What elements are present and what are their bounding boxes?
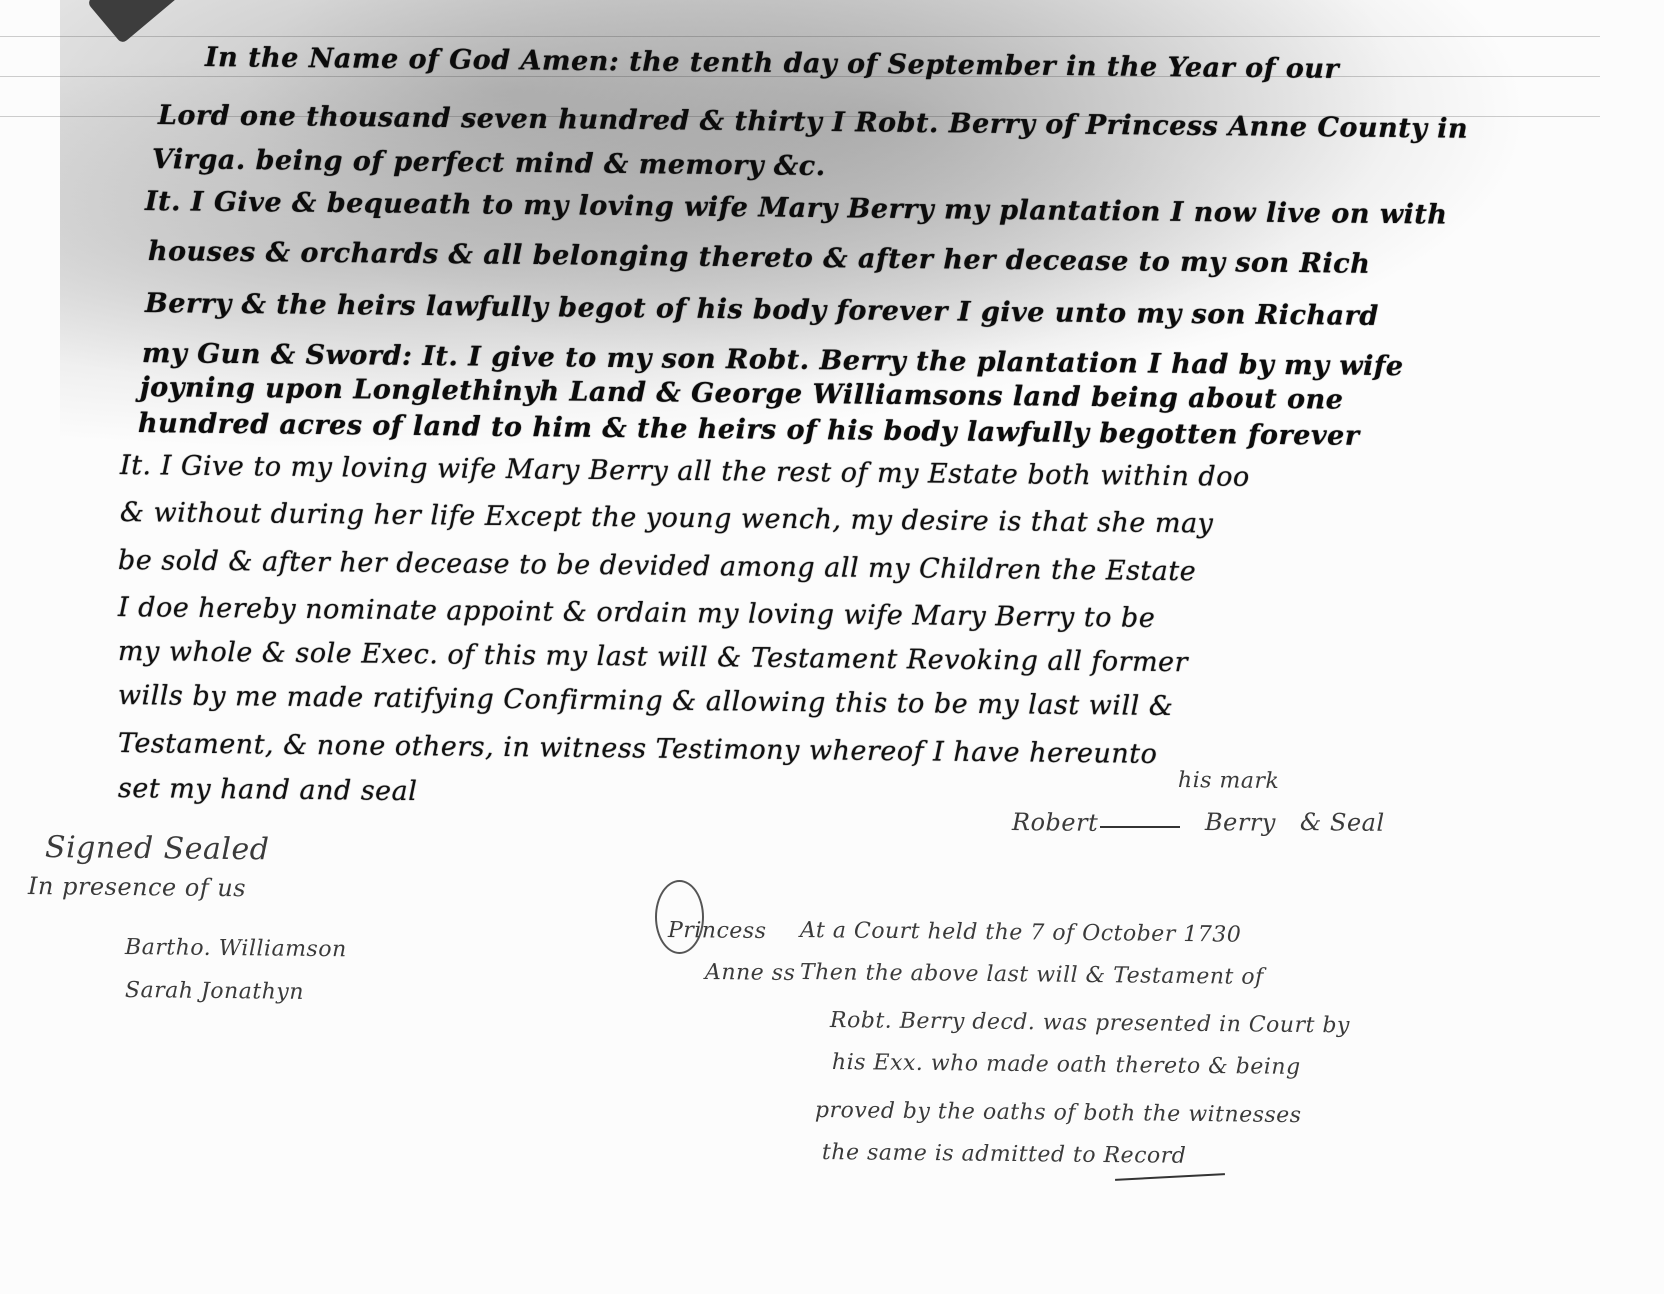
probate-line-5: proved by the oaths of both the witnesse… <box>815 1098 1302 1128</box>
body-line-11: & without during her life Except the you… <box>120 497 1214 539</box>
body-line-10: It. I Give to my loving wife Mary Berry … <box>120 450 1250 493</box>
probate-line-2: Then the above last will & Testament of <box>800 960 1264 990</box>
body-line-15: wills by me made ratifying Confirming & … <box>118 680 1174 722</box>
signed-sealed-heading: Signed Sealed <box>45 830 270 867</box>
witness-2: Sarah Jonathyn <box>125 978 304 1005</box>
body-line-9: hundred acres of land to him & the heirs… <box>138 408 1360 452</box>
mark-stroke <box>1100 826 1180 828</box>
body-line-17: set my hand and seal <box>118 773 418 807</box>
folded-corner-tab <box>87 0 184 44</box>
body-line-1: In the Name of God Amen: the tenth day o… <box>205 42 1339 85</box>
probate-line-1: At a Court held the 7 of October 1730 <box>800 918 1242 948</box>
witness-1: Bartho. Williamson <box>125 935 347 962</box>
probate-line-4: his Exx. who made oath thereto & being <box>832 1050 1301 1080</box>
body-line-14: my whole & sole Exec. of this my last wi… <box>118 636 1188 678</box>
body-line-16: Testament, & none others, in witness Tes… <box>118 728 1158 770</box>
seal-label: & Seal <box>1300 808 1385 837</box>
signature-last-name: Berry <box>1205 808 1276 837</box>
body-line-5: houses & orchards & all belonging theret… <box>148 236 1371 280</box>
probate-line-6: the same is admitted to Record <box>822 1140 1187 1169</box>
body-line-6: Berry & the heirs lawfully begot of his … <box>145 288 1379 332</box>
body-line-13: I doe hereby nominate appoint & ordain m… <box>118 592 1156 634</box>
record-flourish-stroke <box>1115 1173 1225 1181</box>
probate-line-3: Robt. Berry decd. was presented in Court… <box>830 1008 1350 1038</box>
body-line-2: Lord one thousand seven hundred & thirty… <box>158 100 1468 145</box>
body-line-3: Virga. being of perfect mind & memory &c… <box>152 144 826 182</box>
body-line-12: be sold & after her decease to be devide… <box>118 545 1196 587</box>
county-margin-1: Princess <box>668 918 767 944</box>
in-presence-heading: In presence of us <box>28 872 246 902</box>
his-mark-label: his mark <box>1178 768 1280 794</box>
county-margin-2: Anne ss <box>705 960 796 986</box>
body-line-4: It. I Give & bequeath to my loving wife … <box>145 186 1448 231</box>
scanned-will-page: In the Name of God Amen: the tenth day o… <box>0 0 1664 1294</box>
signature-first-name: Robert <box>1012 808 1098 837</box>
